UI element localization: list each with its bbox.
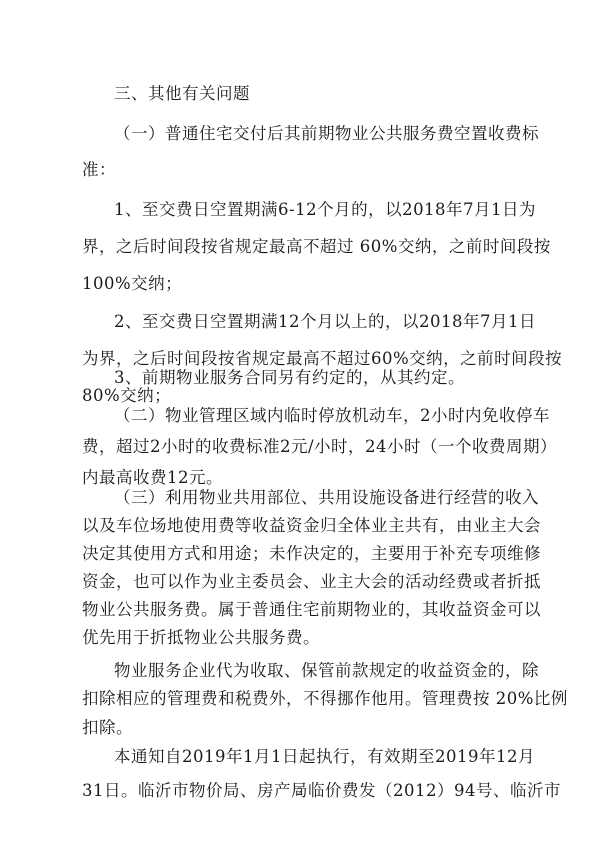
subsection-heading-2: （二）物业管理区域内临时停放机动车，2小时内免收停车	[114, 405, 524, 427]
text-line: 优先用于折抵物业公共服务费。	[82, 627, 524, 649]
text-line: 扣除。	[82, 717, 524, 739]
text-line: 准：	[82, 159, 524, 181]
text-line: 界，之后时间段按省规定最高不超过 60%交纳，之前时间段按	[82, 236, 524, 258]
list-item-3: 3、前期物业服务合同另有约定的，从其约定。	[114, 367, 524, 389]
text-line: 以及车位场地使用费等收益资金归全体业主共有，由业主大会	[82, 515, 524, 537]
paragraph-start: 本通知自2019年1月1日起执行，有效期至2019年12月	[114, 746, 524, 768]
text-line: 扣除相应的管理费和税费外，不得挪作他用。管理费按 20%比例	[82, 688, 524, 710]
text-line: 物业公共服务费。属于普通住宅前期物业的，其收益资金可以	[82, 599, 524, 621]
section-heading: 三、其他有关问题	[114, 83, 524, 105]
text-line: 100%交纳；	[82, 273, 524, 295]
text-line: 资金，也可以作为业主委员会、业主大会的活动经费或者折抵	[82, 571, 524, 593]
subsection-heading-1: （一）普通住宅交付后其前期物业公共服务费空置收费标	[114, 123, 524, 145]
list-item-2: 2、至交费日空置期满12个月以上的，以2018年7月1日	[114, 311, 524, 333]
text-line: 内最高收费12元。	[82, 467, 524, 489]
text-line: 费，超过2小时的收费标准2元/小时，24小时（一个收费周期）	[82, 436, 524, 458]
page-number: 2	[0, 787, 600, 798]
paragraph-start: 物业服务企业代为收取、保管前款规定的收益资金的，除	[114, 660, 524, 682]
document-page: 三、其他有关问题 （一）普通住宅交付后其前期物业公共服务费空置收费标 准： 1、…	[0, 0, 600, 844]
subsection-heading-3: （三）利用物业共用部位、共用设施设备进行经营的收入	[114, 487, 524, 509]
text-line: 决定其使用方式和用途；未作决定的，主要用于补充专项维修	[82, 543, 524, 565]
list-item-1: 1、至交费日空置期满6-12个月的，以2018年7月1日为	[114, 199, 524, 221]
